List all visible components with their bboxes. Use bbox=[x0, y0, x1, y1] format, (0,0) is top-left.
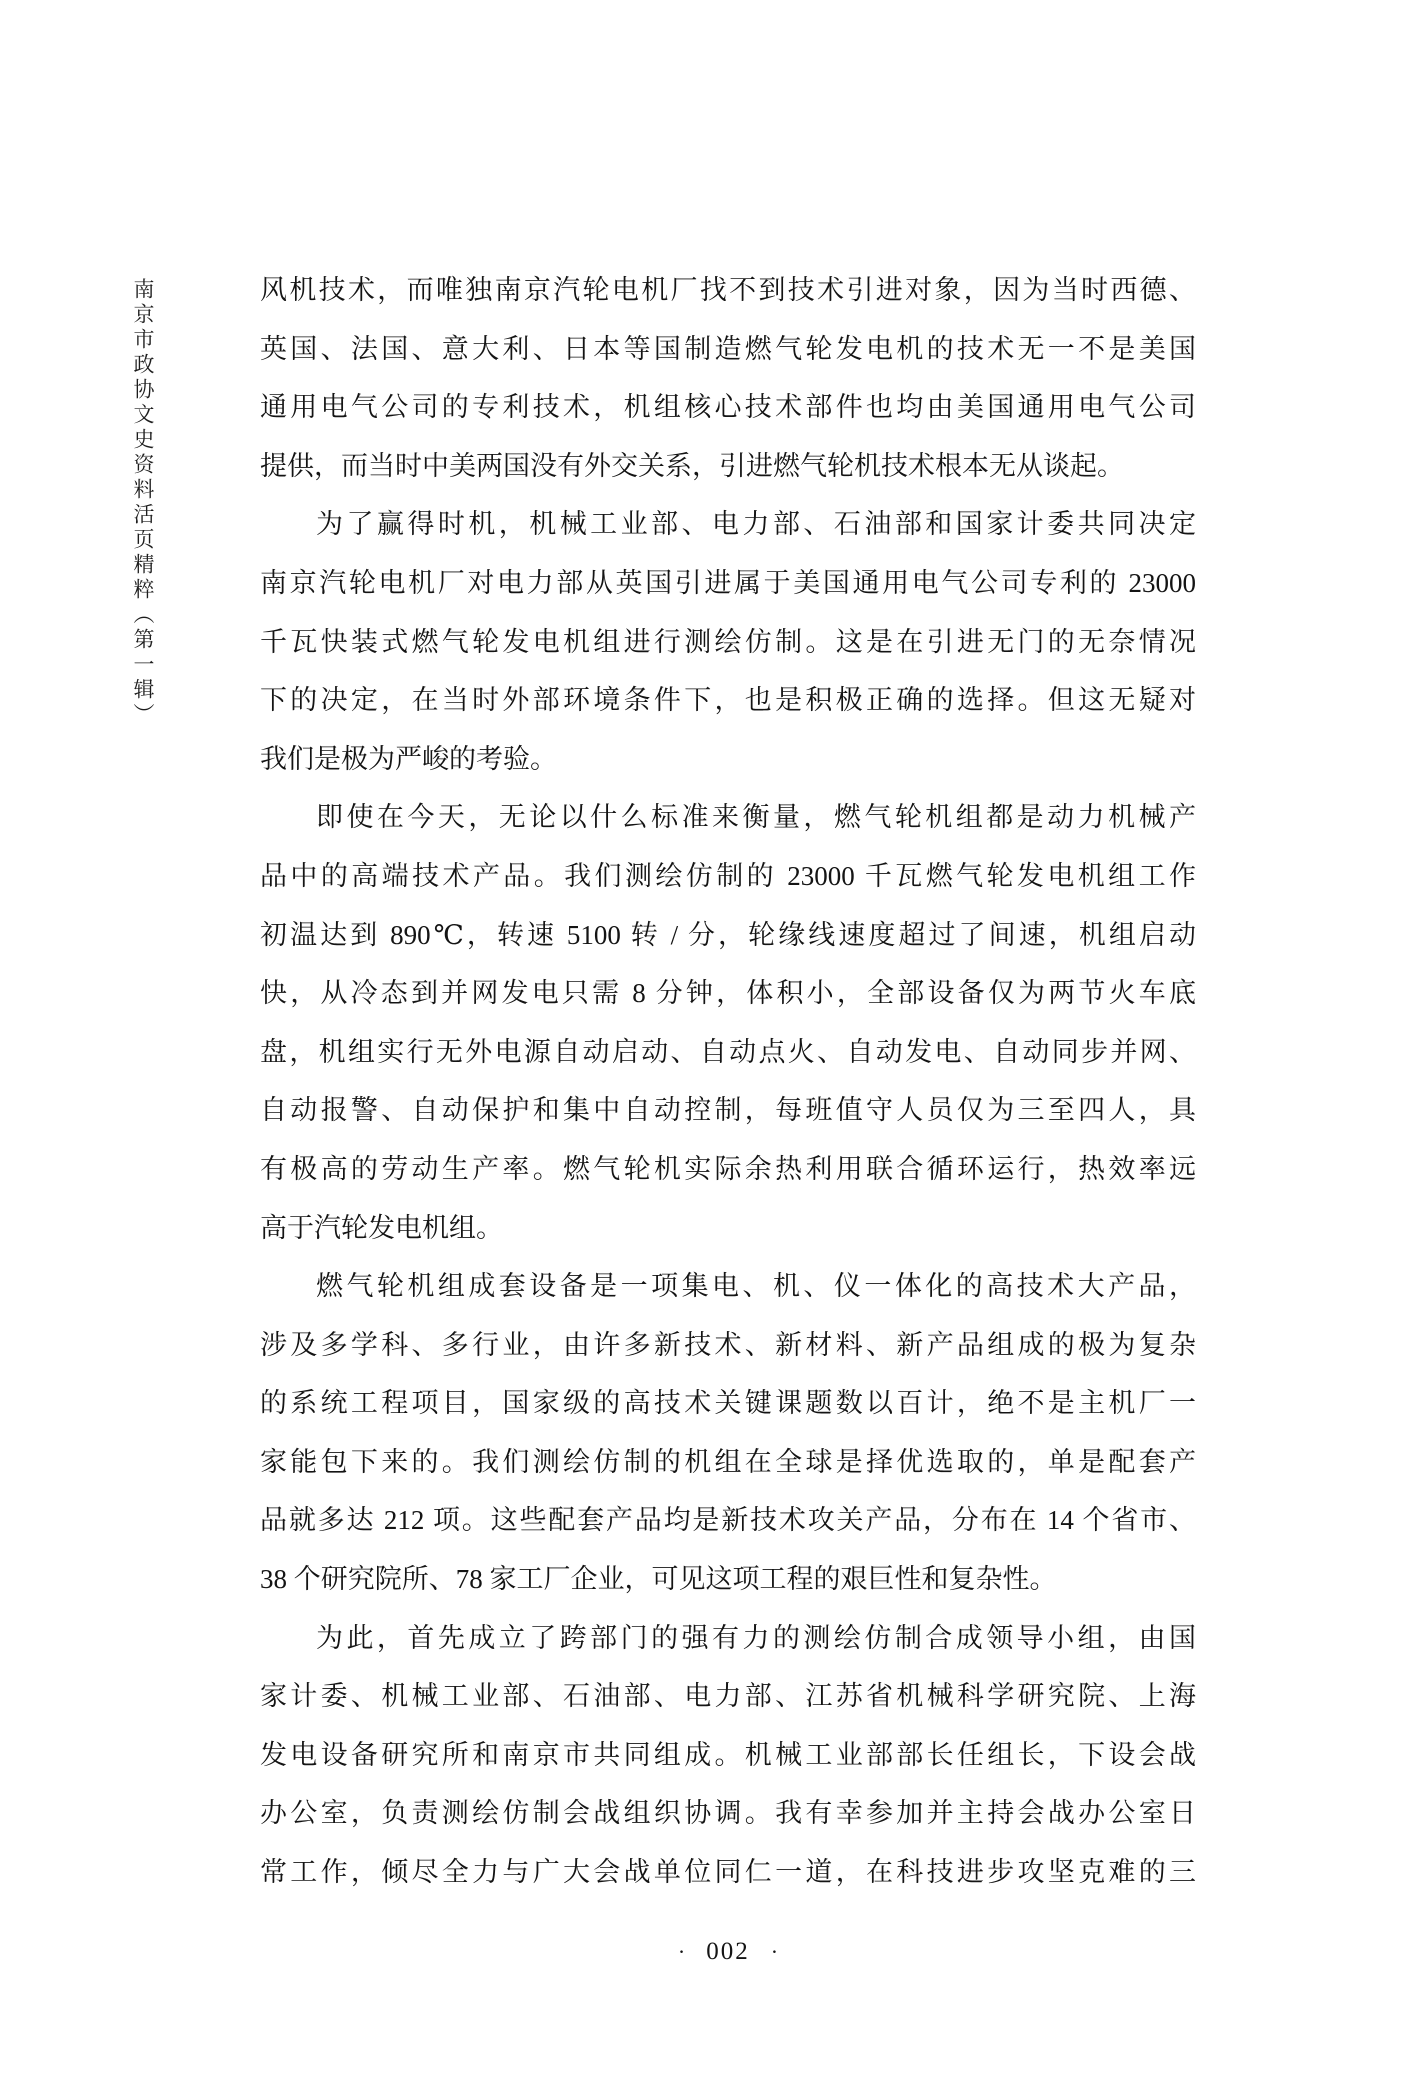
paragraph: 为此，首先成立了跨部门的强有力的测绘仿制合成领导小组，由国 家计委、机械工业部、… bbox=[260, 1609, 1196, 1902]
text-line: 南京汽轮电机厂对电力部从英国引进属于美国通用电气公司专利的 23000 bbox=[260, 554, 1196, 613]
text-line: 家计委、机械工业部、石油部、电力部、江苏省机械科学研究院、上海 bbox=[260, 1667, 1196, 1726]
text-line: 初温达到 890℃，转速 5100 转 / 分，轮缘线速度超过了间速，机组启动 bbox=[260, 906, 1196, 965]
text-line: 英国、法国、意大利、日本等国制造燃气轮发电机的技术无一不是美国 bbox=[260, 320, 1196, 379]
text-line: 下的决定，在当时外部环境条件下，也是积极正确的选择。但这无疑对 bbox=[260, 671, 1196, 730]
text-line: 为了赢得时机，机械工业部、电力部、石油部和国家计委共同决定 bbox=[260, 495, 1196, 554]
text-line: 自动报警、自动保护和集中自动控制，每班值守人员仅为三至四人，具 bbox=[260, 1081, 1196, 1140]
text-line: 风机技术，而唯独南京汽轮电机厂找不到技术引进对象，因为当时西德、 bbox=[260, 261, 1196, 320]
text-line: 办公室，负责测绘仿制会战组织协调。我有幸参加并主持会战办公室日 bbox=[260, 1784, 1196, 1843]
page-footer: · 002 · bbox=[260, 1938, 1196, 1966]
paragraph: 风机技术，而唯独南京汽轮电机厂找不到技术引进对象，因为当时西德、 英国、法国、意… bbox=[260, 261, 1196, 495]
text-line: 38 个研究院所、78 家工厂企业，可见这项工程的艰巨性和复杂性。 bbox=[260, 1550, 1196, 1609]
paragraph: 燃气轮机组成套设备是一项集电、机、仪一体化的高技术大产品， 涉及多学科、多行业，… bbox=[260, 1257, 1196, 1609]
text-line: 为此，首先成立了跨部门的强有力的测绘仿制合成领导小组，由国 bbox=[260, 1609, 1196, 1668]
text-line: 燃气轮机组成套设备是一项集电、机、仪一体化的高技术大产品， bbox=[260, 1257, 1196, 1316]
text-line: 发电设备研究所和南京市共同组成。机械工业部部长任组长，下设会战 bbox=[260, 1726, 1196, 1785]
text-line: 常工作，倾尽全力与广大会战单位同仁一道，在科技进步攻坚克难的三 bbox=[260, 1843, 1196, 1902]
page-number: 002 bbox=[706, 1938, 750, 1966]
spine-title: 南京市政协文史资料活页精粹（第一辑） bbox=[128, 278, 158, 728]
text-line: 我们是极为严峻的考验。 bbox=[260, 730, 1196, 789]
text-line: 即使在今天，无论以什么标准来衡量，燃气轮机组都是动力机械产 bbox=[260, 788, 1196, 847]
document-page: 南京市政协文史资料活页精粹（第一辑） 风机技术，而唯独南京汽轮电机厂找不到技术引… bbox=[0, 0, 1426, 2095]
text-line: 有极高的劳动生产率。燃气轮机实际余热利用联合循环运行，热效率远 bbox=[260, 1140, 1196, 1199]
text-line: 高于汽轮发电机组。 bbox=[260, 1199, 1196, 1258]
text-line: 提供，而当时中美两国没有外交关系，引进燃气轮机技术根本无从谈起。 bbox=[260, 437, 1196, 496]
text-line: 品就多达 212 项。这些配套产品均是新技术攻关产品，分布在 14 个省市、 bbox=[260, 1491, 1196, 1550]
text-line: 快，从冷态到并网发电只需 8 分钟，体积小，全部设备仅为两节火车底 bbox=[260, 964, 1196, 1023]
footer-dot-right: · bbox=[771, 1941, 778, 1963]
footer-dot-left: · bbox=[678, 1941, 685, 1963]
paragraph: 为了赢得时机，机械工业部、电力部、石油部和国家计委共同决定 南京汽轮电机厂对电力… bbox=[260, 495, 1196, 788]
text-line: 千瓦快装式燃气轮发电机组进行测绘仿制。这是在引进无门的无奈情况 bbox=[260, 613, 1196, 672]
text-line: 家能包下来的。我们测绘仿制的机组在全球是择优选取的，单是配套产 bbox=[260, 1433, 1196, 1492]
body-text: 风机技术，而唯独南京汽轮电机厂找不到技术引进对象，因为当时西德、 英国、法国、意… bbox=[260, 261, 1196, 1902]
text-line: 通用电气公司的专利技术，机组核心技术部件也均由美国通用电气公司 bbox=[260, 378, 1196, 437]
text-line: 盘，机组实行无外电源自动启动、自动点火、自动发电、自动同步并网、 bbox=[260, 1023, 1196, 1082]
text-line: 的系统工程项目，国家级的高技术关键课题数以百计，绝不是主机厂一 bbox=[260, 1374, 1196, 1433]
paragraph: 即使在今天，无论以什么标准来衡量，燃气轮机组都是动力机械产 品中的高端技术产品。… bbox=[260, 788, 1196, 1257]
text-line: 涉及多学科、多行业，由许多新技术、新材料、新产品组成的极为复杂 bbox=[260, 1316, 1196, 1375]
text-line: 品中的高端技术产品。我们测绘仿制的 23000 千瓦燃气轮发电机组工作 bbox=[260, 847, 1196, 906]
